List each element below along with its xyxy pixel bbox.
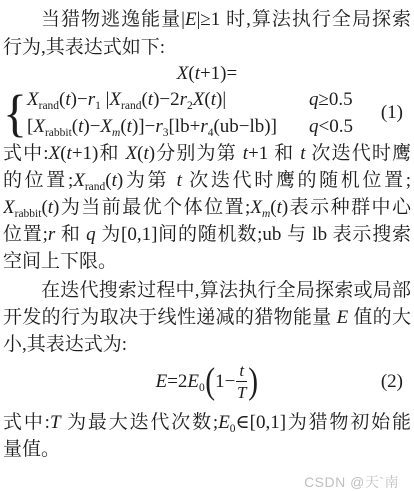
- math-token: 小,其表达式为:: [3, 334, 127, 355]
- explanation-line: 空间上下限。: [3, 248, 411, 275]
- energy-paragraph-line: 小,其表达式为:: [3, 331, 411, 358]
- intro-paragraph-line-1: 当猎物逃逸能量|E|≥1 时,算法执行全局探索: [3, 6, 411, 34]
- math-token: T: [50, 412, 61, 433]
- math-token: )]−: [132, 116, 155, 137]
- math-token: X: [126, 143, 138, 164]
- math-token: X: [250, 197, 262, 218]
- math-token: rand: [85, 181, 105, 193]
- math-token: r: [88, 89, 95, 110]
- math-token: 在迭代搜索过程中,算法执行全局探索或局部: [41, 280, 411, 301]
- math-token: |≥1 时,算法执行全局探索: [197, 9, 411, 30]
- math-token: X: [49, 143, 61, 164]
- math-token: rand: [39, 100, 59, 112]
- piecewise-row-1: Xrand(t)−r1 |Xrand(t)−2r2X(t)| q≥0.5: [27, 86, 411, 113]
- math-token: )表示种群中心: [282, 197, 411, 218]
- math-token: )分别为第: [149, 143, 243, 164]
- equation-2: E=2E0 ( 1− t T ) (2): [3, 358, 411, 406]
- fraction-t-over-T: t T: [236, 361, 247, 402]
- math-token: )为第: [117, 170, 177, 191]
- explanation-line: 位置;r 和 q 为[0,1]间的随机数;ub 与 lb 表示搜索: [3, 221, 411, 248]
- energy-paragraph-line: 在迭代搜索过程中,算法执行全局探索或局部: [3, 277, 411, 304]
- csdn-watermark: CSDN @天`南: [3, 463, 411, 491]
- fraction-denominator: T: [237, 382, 246, 403]
- math-token: 式中:: [3, 412, 50, 433]
- math-token: )−: [83, 116, 100, 137]
- math-token: X: [33, 116, 45, 137]
- equation-2-explanation: 式中:T 为最大迭代次数;E0∈[0,1]为猎物初始能 量值。: [3, 409, 411, 463]
- math-token: )|: [216, 89, 226, 110]
- piecewise-brace: {: [3, 85, 27, 141]
- math-token: q: [86, 224, 96, 245]
- math-token: rand: [121, 100, 141, 112]
- math-token: X: [73, 170, 85, 191]
- equation-2-lhs: E=2E0: [156, 371, 205, 394]
- explanation-line: 式中:T 为最大迭代次数;E0∈[0,1]为猎物初始能: [3, 409, 411, 436]
- math-token: X: [177, 63, 189, 84]
- math-token: r: [200, 116, 207, 137]
- math-token: X: [193, 89, 205, 110]
- math-token: 和: [55, 224, 86, 245]
- math-token: +1 和: [248, 143, 300, 164]
- math-token: 空间上下限。: [3, 251, 117, 272]
- explanation-line: 式中:X(t+1)和 X(t)分别为第 t+1 和 t 次迭代时鹰: [3, 140, 411, 167]
- math-token: E: [218, 412, 230, 433]
- math-token: +1)和: [72, 143, 126, 164]
- math-token: +1)=: [200, 63, 237, 84]
- math-token: X: [3, 197, 15, 218]
- math-token: 行为,其表达式如下:: [3, 37, 165, 58]
- math-token: 量值。: [3, 439, 60, 460]
- math-token: E: [185, 9, 197, 30]
- math-token: rabbit: [15, 208, 42, 220]
- math-token: 次迭代时鹰的随机位置;: [182, 170, 411, 191]
- explanation-line: 的位置;Xrand(t)为第 t 次迭代时鹰的随机位置;: [3, 167, 411, 194]
- math-token: 为[0,1]间的随机数;ub 与 lb 表示搜索: [96, 224, 411, 245]
- math-token: 开发的行为取决于线性递减的猎物能量: [3, 307, 337, 328]
- equation-1-condition-2: q<0.5: [309, 113, 353, 140]
- math-token: 位置;: [3, 224, 48, 245]
- math-token: E: [187, 371, 199, 392]
- math-token: r: [180, 89, 187, 110]
- explanation-line: Xrabbit(t)为当前最优个体位置;Xm(t)表示种群中心: [3, 194, 411, 221]
- fraction-numerator: t: [236, 361, 247, 382]
- math-token: X: [109, 89, 121, 110]
- math-token: (ub−lb)]: [213, 116, 276, 137]
- piecewise-rows: Xrand(t)−r1 |Xrand(t)−2r2X(t)| q≥0.5 [Xr…: [27, 86, 411, 140]
- intro-paragraph-line-2: 行为,其表达式如下:: [3, 34, 411, 62]
- paper-page: { "colors": { "background": "#ffffff", "…: [0, 0, 414, 491]
- close-paren: ): [248, 362, 258, 402]
- math-token: rabbit: [45, 127, 72, 139]
- math-token: 次迭代时鹰: [306, 143, 412, 164]
- energy-paragraph: 在迭代搜索过程中,算法执行全局探索或局部 开发的行为取决于线性递减的猎物能量 E…: [3, 277, 411, 358]
- equation-1-condition-1: q≥0.5: [309, 86, 353, 113]
- equation-1-explanation: 式中:X(t+1)和 X(t)分别为第 t+1 和 t 次迭代时鹰 的位置;Xr…: [3, 140, 411, 275]
- equation-1-number: (1): [381, 102, 403, 124]
- math-token: )−: [71, 89, 88, 110]
- math-token: X: [27, 89, 39, 110]
- math-token: q: [309, 89, 319, 110]
- piecewise-row-2: [Xrabbit(t)−Xm(t)]−r3[lb+r4(ub−lb)] q<0.…: [27, 113, 411, 140]
- equation-2-number: (2): [381, 371, 403, 393]
- equation-1: { Xrand(t)−r1 |Xrand(t)−2r2X(t)| q≥0.5 […: [3, 86, 411, 140]
- math-token: 当猎物逃逸能量|: [41, 9, 185, 30]
- energy-paragraph-line: 开发的行为取决于线性递减的猎物能量 E 值的大: [3, 304, 411, 331]
- math-token: )为当前最优个体位置;: [53, 197, 250, 218]
- math-token: E: [337, 307, 349, 328]
- equation-1-lhs: X(t+1)=: [3, 62, 411, 86]
- equation-2-one-minus: 1−: [215, 371, 235, 393]
- math-token: X: [100, 116, 112, 137]
- math-token: E: [156, 371, 168, 392]
- math-token: 的位置;: [3, 170, 73, 191]
- math-token: ≥0.5: [319, 89, 353, 110]
- equation-1-branch-1: Xrand(t)−r1 |Xrand(t)−2r2X(t)|: [27, 86, 309, 113]
- math-token: 值的大: [348, 307, 411, 328]
- math-token: 0: [199, 382, 205, 394]
- math-token: [lb+: [168, 116, 200, 137]
- math-token: 为最大迭代次数;: [61, 412, 219, 433]
- math-token: )−2: [153, 89, 180, 110]
- explanation-line: 量值。: [3, 436, 411, 463]
- equation-1-branch-2: [Xrabbit(t)−Xm(t)]−r3[lb+r4(ub−lb)]: [27, 113, 309, 140]
- paper-column: 当猎物逃逸能量|E|≥1 时,算法执行全局探索 行为,其表达式如下: X(t+1…: [0, 0, 414, 491]
- open-paren: (: [205, 362, 215, 402]
- math-token: r: [155, 116, 162, 137]
- math-token: 式中:: [3, 143, 49, 164]
- math-token: q: [309, 116, 319, 137]
- math-token: =2: [167, 371, 187, 392]
- math-token: <0.5: [319, 116, 353, 137]
- math-token: ∈[0,1]为猎物初始能: [236, 412, 411, 433]
